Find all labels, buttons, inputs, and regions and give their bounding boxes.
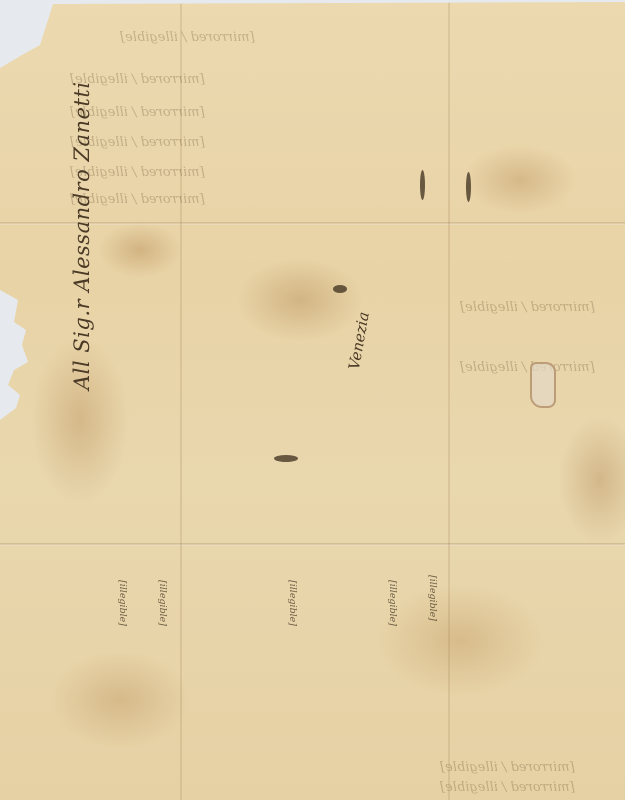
ink-blot: [466, 172, 471, 202]
bleed-through-text: [mirrored / illegible]: [120, 30, 255, 45]
bleed-through-text: [mirrored / illegible]: [460, 300, 595, 315]
ledger-note: [illegible]: [115, 580, 130, 626]
fold-line: [448, 0, 450, 800]
bleed-through-text: [mirrored / illegible]: [460, 360, 595, 375]
ledger-note: [illegible]: [155, 580, 170, 626]
ink-blot: [420, 170, 425, 200]
bleed-through-text: [mirrored / illegible]: [440, 780, 575, 795]
ledger-note: [illegible]: [425, 575, 440, 621]
ledger-note: [illegible]: [285, 580, 300, 626]
ink-blot: [333, 285, 347, 293]
bleed-through-text: [mirrored / illegible]: [440, 760, 575, 775]
fold-line: [0, 543, 625, 546]
city-line: Venezia: [345, 310, 373, 371]
paper-stain: [530, 362, 556, 408]
address-line: All Sig.r Alessandro Zanetti: [70, 81, 94, 390]
letter-sheet: [mirrored / illegible] [mirrored / illeg…: [0, 0, 625, 800]
ledger-note: [illegible]: [385, 580, 400, 626]
ink-blot: [274, 455, 298, 462]
fold-line: [180, 0, 182, 800]
